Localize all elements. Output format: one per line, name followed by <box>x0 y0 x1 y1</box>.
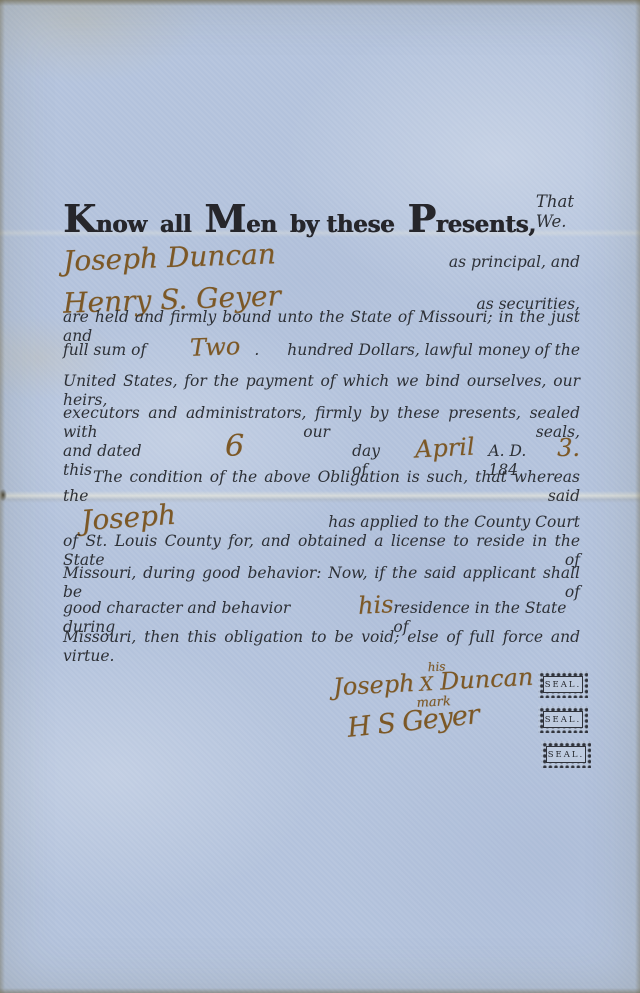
signature-h-s-geyer: H S Geyer <box>346 699 480 744</box>
document-title: KnowallMenby thesePresents, <box>63 200 536 238</box>
seal-stamp-2: SEAL. <box>538 706 588 733</box>
principal-name-handwritten: Joseph Duncan <box>63 240 277 275</box>
date-row: and dated this 6 day of April A. D. 184 … <box>63 436 580 472</box>
that-we-text: That We. <box>536 192 580 238</box>
paper-edge-top <box>0 0 640 6</box>
seal-label-3: SEAL. <box>546 746 586 763</box>
sum-amount-handwritten: Two <box>190 337 241 358</box>
sum-post-text: hundred Dollars, lawful money of the <box>287 341 580 360</box>
signature-joseph-duncan: JosephhisXmarkDuncan <box>332 663 534 701</box>
obligation-sum-row: full sum of Two . hundred Dollars, lawfu… <box>63 338 580 372</box>
x-mark-glyph: X <box>419 673 434 696</box>
sum-pre-text: full sum of <box>63 341 146 360</box>
title-word-presents-rest: resents, <box>436 211 536 238</box>
scanned-bond-document: KnowallMenby thesePresents, That We. Jos… <box>0 0 640 993</box>
applicant-name-handwritten: Joseph <box>80 501 177 536</box>
date-year-digit-handwritten: 3. <box>557 439 580 458</box>
date-day-handwritten: 6 <box>225 436 244 457</box>
title-words-by-these: by these <box>290 211 395 238</box>
title-word-know-rest: now <box>96 211 147 238</box>
principal-label: as principal, and <box>449 253 580 272</box>
title-word-know: Know <box>63 217 147 236</box>
paper-edge-bottom <box>0 988 640 993</box>
applicant-row: Joseph has applied to the County Court <box>63 494 580 532</box>
ornate-initial-k: K <box>63 196 96 241</box>
document-heading-row: KnowallMenby thesePresents, That We. <box>63 186 580 238</box>
signature1-last-name: Duncan <box>439 663 534 696</box>
condition-line2-right: has applied to the County Court <box>328 513 580 532</box>
his-mark-x: hisXmark <box>419 673 434 696</box>
title-word-men: Men <box>204 217 277 236</box>
seal-label-2: SEAL. <box>543 711 583 728</box>
condition-line6: Missouri, then this obligation to be voi… <box>63 628 580 667</box>
sum-dot: . <box>254 341 259 360</box>
seal-stamp-1: SEAL. <box>538 671 588 698</box>
date-month-handwritten: April <box>414 437 474 459</box>
title-word-all: all <box>160 211 191 238</box>
ornate-initial-p: P <box>407 196 435 241</box>
seal-label-1: SEAL. <box>543 676 583 693</box>
ornate-initial-m: M <box>204 196 246 241</box>
paper-edge-right <box>635 0 640 993</box>
principal-row: Joseph Duncan as principal, and <box>63 238 580 272</box>
seal-stamp-3: SEAL. <box>541 741 591 768</box>
his-mark-label-his: his <box>427 659 445 674</box>
title-word-men-rest: en <box>246 211 277 238</box>
signature1-first-name: Joseph <box>332 669 415 701</box>
his-handwritten: his <box>357 595 393 616</box>
paper-edge-left <box>0 0 5 993</box>
condition-line5-row: good character and behavior during his r… <box>63 596 580 630</box>
title-word-presents: Presents, <box>407 217 536 236</box>
